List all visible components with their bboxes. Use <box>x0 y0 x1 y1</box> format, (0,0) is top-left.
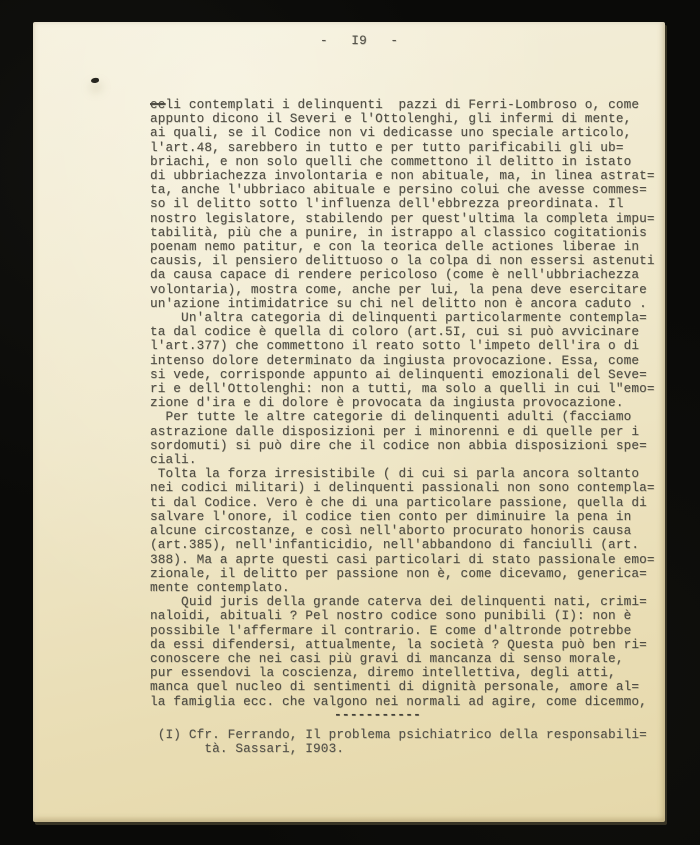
document-page: - I9 - eeli contemplati i delinquenti pa… <box>33 22 665 822</box>
struck-text: ee <box>150 97 166 112</box>
text-line: mente contemplato. <box>150 581 655 595</box>
footnote-separator: ----------- <box>334 708 421 722</box>
text-line: (I) Cfr. Ferrando, Il problema psichiatr… <box>150 728 655 742</box>
text-line: poenam nemo patitur, e con la teorica de… <box>150 240 655 254</box>
text-line: Tolta la forza irresistibile ( di cui si… <box>150 467 655 481</box>
text-line: possibile l'affermare il contrario. E co… <box>150 624 655 638</box>
text-line: da essi difendersi, attualmente, la soci… <box>150 638 655 652</box>
text-line: ciali. <box>150 453 655 467</box>
text-line: appunto dicono il Severi e l'Ottolenghi,… <box>150 112 655 126</box>
text-line: zionale, il delitto per passione non è, … <box>150 567 655 581</box>
text-line: 388). Ma a aprte questi casi particolari… <box>150 553 655 567</box>
text-line: di ubbriachezza involontaria e non abitu… <box>150 169 655 183</box>
text-line: l'art.48, sarebbero in tutto e per tutto… <box>150 141 655 155</box>
text-line: pur essendovi la coscienza, diremo intel… <box>150 666 655 680</box>
text-line: zione d'ira e di dolore è provocata da i… <box>150 396 655 410</box>
text-line: ti dal Codice. Vero è che di una partico… <box>150 496 655 510</box>
text-line: Un'altra categoria di delinquenti partic… <box>150 311 655 325</box>
text-line: l'art.377) che commettono il reato sotto… <box>150 339 655 353</box>
page-number: - I9 - <box>320 33 398 48</box>
scan-background: - I9 - eeli contemplati i delinquenti pa… <box>0 0 700 845</box>
text-line: ta, anche l'ubbriaco abituale e persino … <box>150 183 655 197</box>
text-line: un'azione intimidatrice su chi nel delit… <box>150 297 655 311</box>
text-line: tà. Sassari, I903. <box>150 742 655 756</box>
body-text: eeli contemplati i delinquenti pazzi di … <box>150 98 655 709</box>
text-line: conoscere che nei casi più gravi di manc… <box>150 652 655 666</box>
text-line: briachi, e non solo quelli che commetton… <box>150 155 655 169</box>
text-line: volontaria), mostra come, anche per lui,… <box>150 283 655 297</box>
ink-blot-mark <box>91 77 100 83</box>
text-line: astrazione dalle disposizioni per i mino… <box>150 425 655 439</box>
text-line: si vede, corrisponde appunto ai delinque… <box>150 368 655 382</box>
text-line: manca quel nucleo di sentimenti di digni… <box>150 680 655 694</box>
text-line: tabilità, più che a punire, in istrappo … <box>150 226 655 240</box>
text-line: Per tutte le altre categorie di delinque… <box>150 410 655 424</box>
text-line: sordomuti) si può dire che il codice non… <box>150 439 655 453</box>
footnote: (I) Cfr. Ferrando, Il problema psichiatr… <box>150 728 655 757</box>
text-line: (art.385), nell'infanticidio, nell'abban… <box>150 538 655 552</box>
text-line: so il delitto sotto l'influenza dell'ebb… <box>150 197 655 211</box>
text-line: alcune circostanze, e così nell'aborto p… <box>150 524 655 538</box>
text-line: salvare l'onore, il codice tien conto pe… <box>150 510 655 524</box>
text-line: nei codici militari) i delinquenti passi… <box>150 481 655 495</box>
text-line: Quid juris della grande caterva dei deli… <box>150 595 655 609</box>
text-line: nostro legislatore, stabilendo per quest… <box>150 212 655 226</box>
text-line: eeli contemplati i delinquenti pazzi di … <box>150 98 655 112</box>
text-line: ai quali, se il Codice non vi dedicasse … <box>150 126 655 140</box>
text-line: naloidi, abituali ? Pel nostro codice so… <box>150 609 655 623</box>
text-line: ri e dell'Ottolenghi: non a tutti, ma so… <box>150 382 655 396</box>
text-line: da causa capace di rendere pericoloso (c… <box>150 268 655 282</box>
text-line: ta dal codice è quella di coloro (art.5I… <box>150 325 655 339</box>
text-line: causis, il pensiero delittuoso o la colp… <box>150 254 655 268</box>
text-line: intenso dolore determinato da ingiusta p… <box>150 354 655 368</box>
